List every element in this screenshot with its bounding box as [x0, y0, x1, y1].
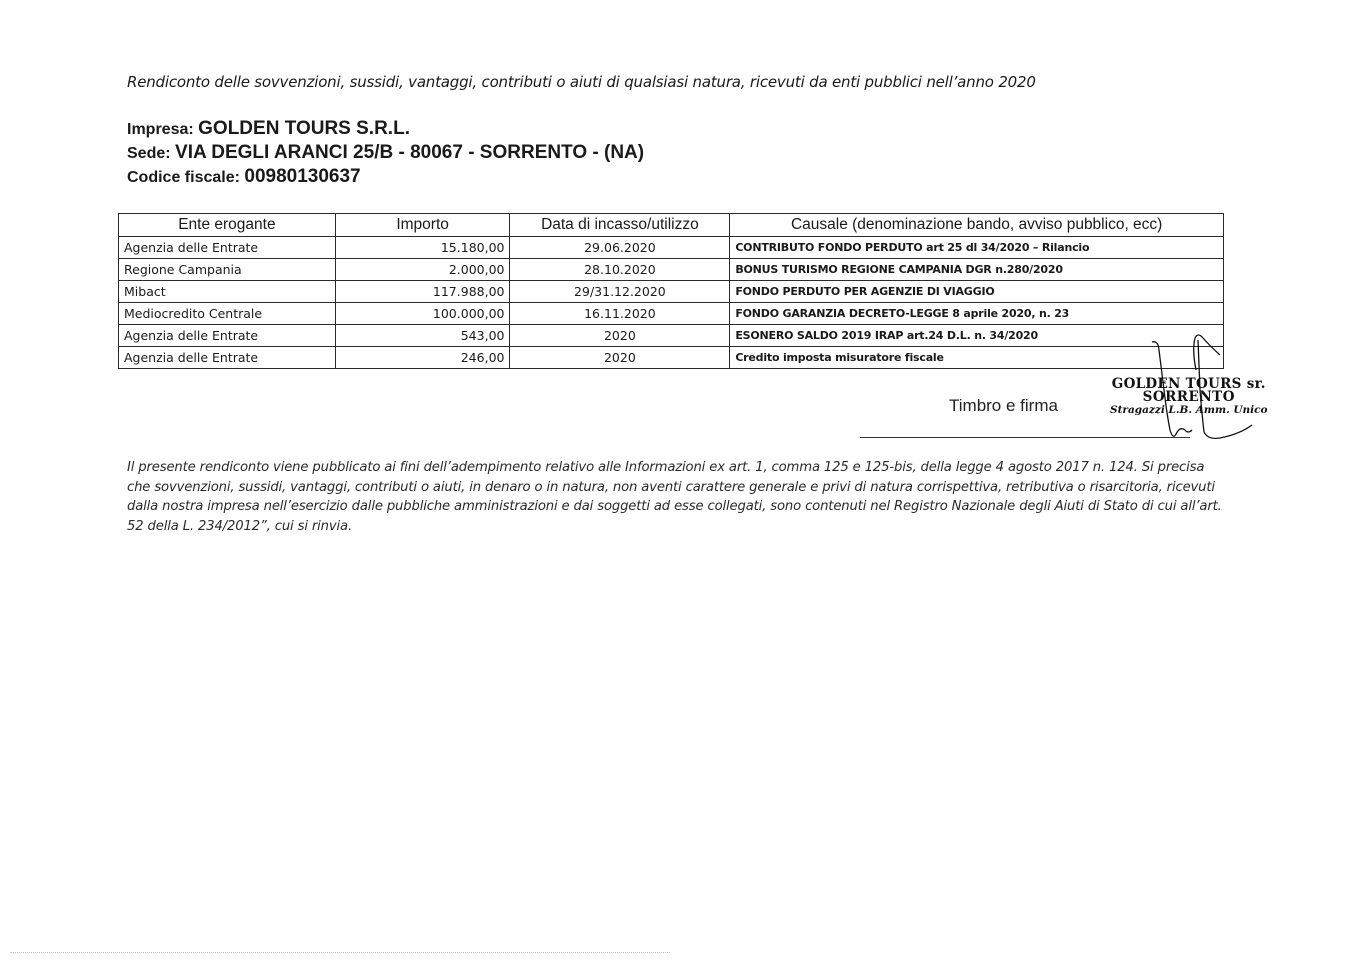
header-ente: Ente erogante [119, 214, 336, 237]
header-causale: Causale (denominazione bando, avviso pub… [730, 214, 1224, 237]
cell-importo: 246,00 [335, 347, 510, 369]
cell-ente: Regione Campania [119, 259, 336, 281]
company-info: Impresa: GOLDEN TOURS S.R.L. Sede: VIA D… [127, 117, 644, 189]
cell-ente: Agenzia delle Entrate [119, 325, 336, 347]
header-importo: Importo [335, 214, 510, 237]
cell-data: 2020 [510, 325, 730, 347]
signature-label: Timbro e firma [949, 396, 1058, 416]
cell-causale: CONTRIBUTO FONDO PERDUTO art 25 dl 34/20… [730, 237, 1224, 259]
company-name-value: GOLDEN TOURS S.R.L. [198, 118, 410, 139]
table-header-row: Ente erogante Importo Data di incasso/ut… [119, 214, 1224, 237]
cell-ente: Mibact [119, 281, 336, 303]
company-name-line: Impresa: GOLDEN TOURS S.R.L. [127, 117, 644, 141]
grants-table: Ente erogante Importo Data di incasso/ut… [118, 213, 1224, 369]
table-row: Agenzia delle Entrate 246,00 2020 Credit… [119, 347, 1224, 369]
cell-data: 2020 [510, 347, 730, 369]
table-row: Regione Campania 2.000,00 28.10.2020 BON… [119, 259, 1224, 281]
cell-importo: 2.000,00 [335, 259, 510, 281]
table-row: Mediocredito Centrale 100.000,00 16.11.2… [119, 303, 1224, 325]
cell-ente: Agenzia delle Entrate [119, 347, 336, 369]
company-tax-code-label: Codice fiscale: [127, 169, 244, 186]
scan-edge-divider [10, 952, 670, 953]
table-row: Agenzia delle Entrate 543,00 2020 ESONER… [119, 325, 1224, 347]
cell-ente: Agenzia delle Entrate [119, 237, 336, 259]
company-address-label: Sede: [127, 145, 175, 162]
handwritten-signature-icon [1140, 330, 1270, 445]
cell-importo: 15.180,00 [335, 237, 510, 259]
document-title: Rendiconto delle sovvenzioni, sussidi, v… [127, 73, 1036, 91]
company-address-line: Sede: VIA DEGLI ARANCI 25/B - 80067 - SO… [127, 141, 644, 165]
table-row: Agenzia delle Entrate 15.180,00 29.06.20… [119, 237, 1224, 259]
cell-importo: 543,00 [335, 325, 510, 347]
cell-causale: BONUS TURISMO REGIONE CAMPANIA DGR n.280… [730, 259, 1224, 281]
cell-data: 29.06.2020 [510, 237, 730, 259]
company-address-value: VIA DEGLI ARANCI 25/B - 80067 - SORRENTO… [175, 142, 644, 163]
header-data: Data di incasso/utilizzo [510, 214, 730, 237]
legal-footnote: Il presente rendiconto viene pubblicato … [127, 458, 1227, 536]
company-tax-code-line: Codice fiscale: 00980130637 [127, 165, 644, 189]
cell-importo: 100.000,00 [335, 303, 510, 325]
cell-importo: 117.988,00 [335, 281, 510, 303]
cell-causale: FONDO PERDUTO PER AGENZIE DI VIAGGIO [730, 281, 1224, 303]
company-name-label: Impresa: [127, 121, 198, 138]
table-row: Mibact 117.988,00 29/31.12.2020 FONDO PE… [119, 281, 1224, 303]
cell-data: 16.11.2020 [510, 303, 730, 325]
cell-ente: Mediocredito Centrale [119, 303, 336, 325]
company-tax-code-value: 00980130637 [244, 166, 360, 187]
cell-causale: FONDO GARANZIA DECRETO-LEGGE 8 aprile 20… [730, 303, 1224, 325]
cell-data: 29/31.12.2020 [510, 281, 730, 303]
cell-data: 28.10.2020 [510, 259, 730, 281]
